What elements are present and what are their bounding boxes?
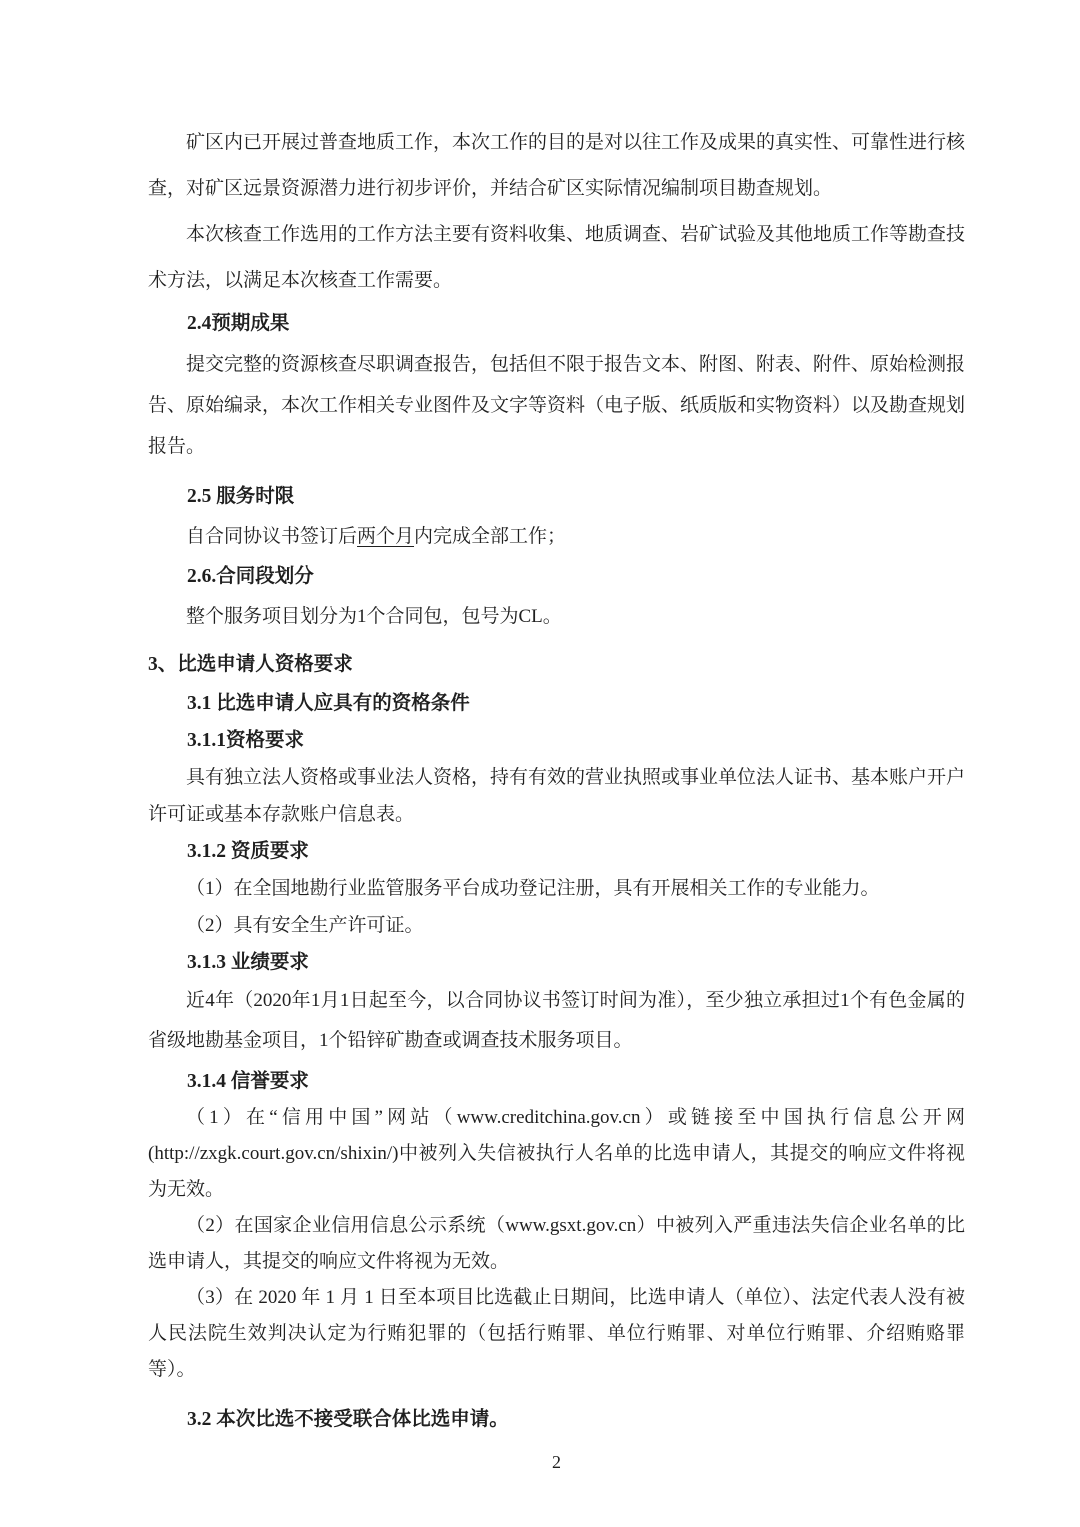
heading-3-1-2-aptitude-requirements: 3.1.2 资质要求 (148, 833, 965, 870)
service-period-underlined: 两个月 (357, 526, 414, 547)
heading-3-1-qualification-conditions: 3.1 比选申请人应具有的资格条件 (148, 685, 965, 722)
heading-3-1-3-performance-requirements: 3.1.3 业绩要求 (148, 944, 965, 981)
heading-2-6-contract-sections: 2.6.合同段划分 (148, 557, 965, 597)
para-expected-results: 提交完整的资源核查尽职调查报告，包括但不限于报告文本、附图、附表、附件、原始检测… (148, 344, 965, 467)
heading-3-2-no-consortium: 3.2 本次比选不接受联合体比选申请。 (148, 1402, 965, 1438)
heading-3-applicant-qualifications: 3、比选申请人资格要求 (148, 645, 965, 685)
heading-3-1-1-qualification-requirements: 3.1.1资格要求 (148, 722, 965, 759)
heading-3-1-4-credit-requirements: 3.1.4 信誉要求 (148, 1063, 965, 1100)
heading-2-5-service-period: 2.5 服务时限 (148, 477, 965, 517)
para-legal-person-qualification: 具有独立法人资格或事业法人资格，持有有效的营业执照或事业单位法人证书、基本账户开… (148, 759, 965, 833)
service-period-post: 内完成全部工作； (414, 526, 566, 547)
para-contract-package: 整个服务项目划分为1个合同包，包号为CL。 (148, 597, 965, 637)
para-methods: 本次核查工作选用的工作方法主要有资料收集、地质调查、岩矿试验及其他地质工作等勘查… (148, 212, 965, 304)
service-period-pre: 自合同协议书签订后 (186, 526, 357, 547)
para-credit-item-3: （3）在 2020 年 1 月 1 日至本项目比选截止日期间，比选申请人（单位）… (148, 1280, 965, 1388)
para-credit-item-1: （1）在“信用中国”网站（www.creditchina.gov.cn）或链接至… (148, 1100, 965, 1208)
para-performance: 近4年（2020年1月1日起至今，以合同协议书签订时间为准），至少独立承担过1个… (148, 981, 965, 1061)
para-aptitude-item-1: （1）在全国地勘行业监管服务平台成功登记注册，具有开展相关工作的专业能力。 (148, 870, 965, 907)
para-service-period: 自合同协议书签订后两个月内完成全部工作； (148, 517, 965, 557)
heading-2-4-expected-results: 2.4预期成果 (148, 304, 965, 344)
page-number: 2 (148, 1444, 965, 1480)
document-page: 矿区内已开展过普查地质工作，本次工作的目的是对以往工作及成果的真实性、可靠性进行… (0, 0, 1080, 1527)
para-credit-item-2: （2）在国家企业信用信息公示系统（www.gsxt.gov.cn）中被列入严重违… (148, 1208, 965, 1280)
para-aptitude-item-2: （2）具有安全生产许可证。 (148, 907, 965, 944)
para-overview: 矿区内已开展过普查地质工作，本次工作的目的是对以往工作及成果的真实性、可靠性进行… (148, 120, 965, 212)
